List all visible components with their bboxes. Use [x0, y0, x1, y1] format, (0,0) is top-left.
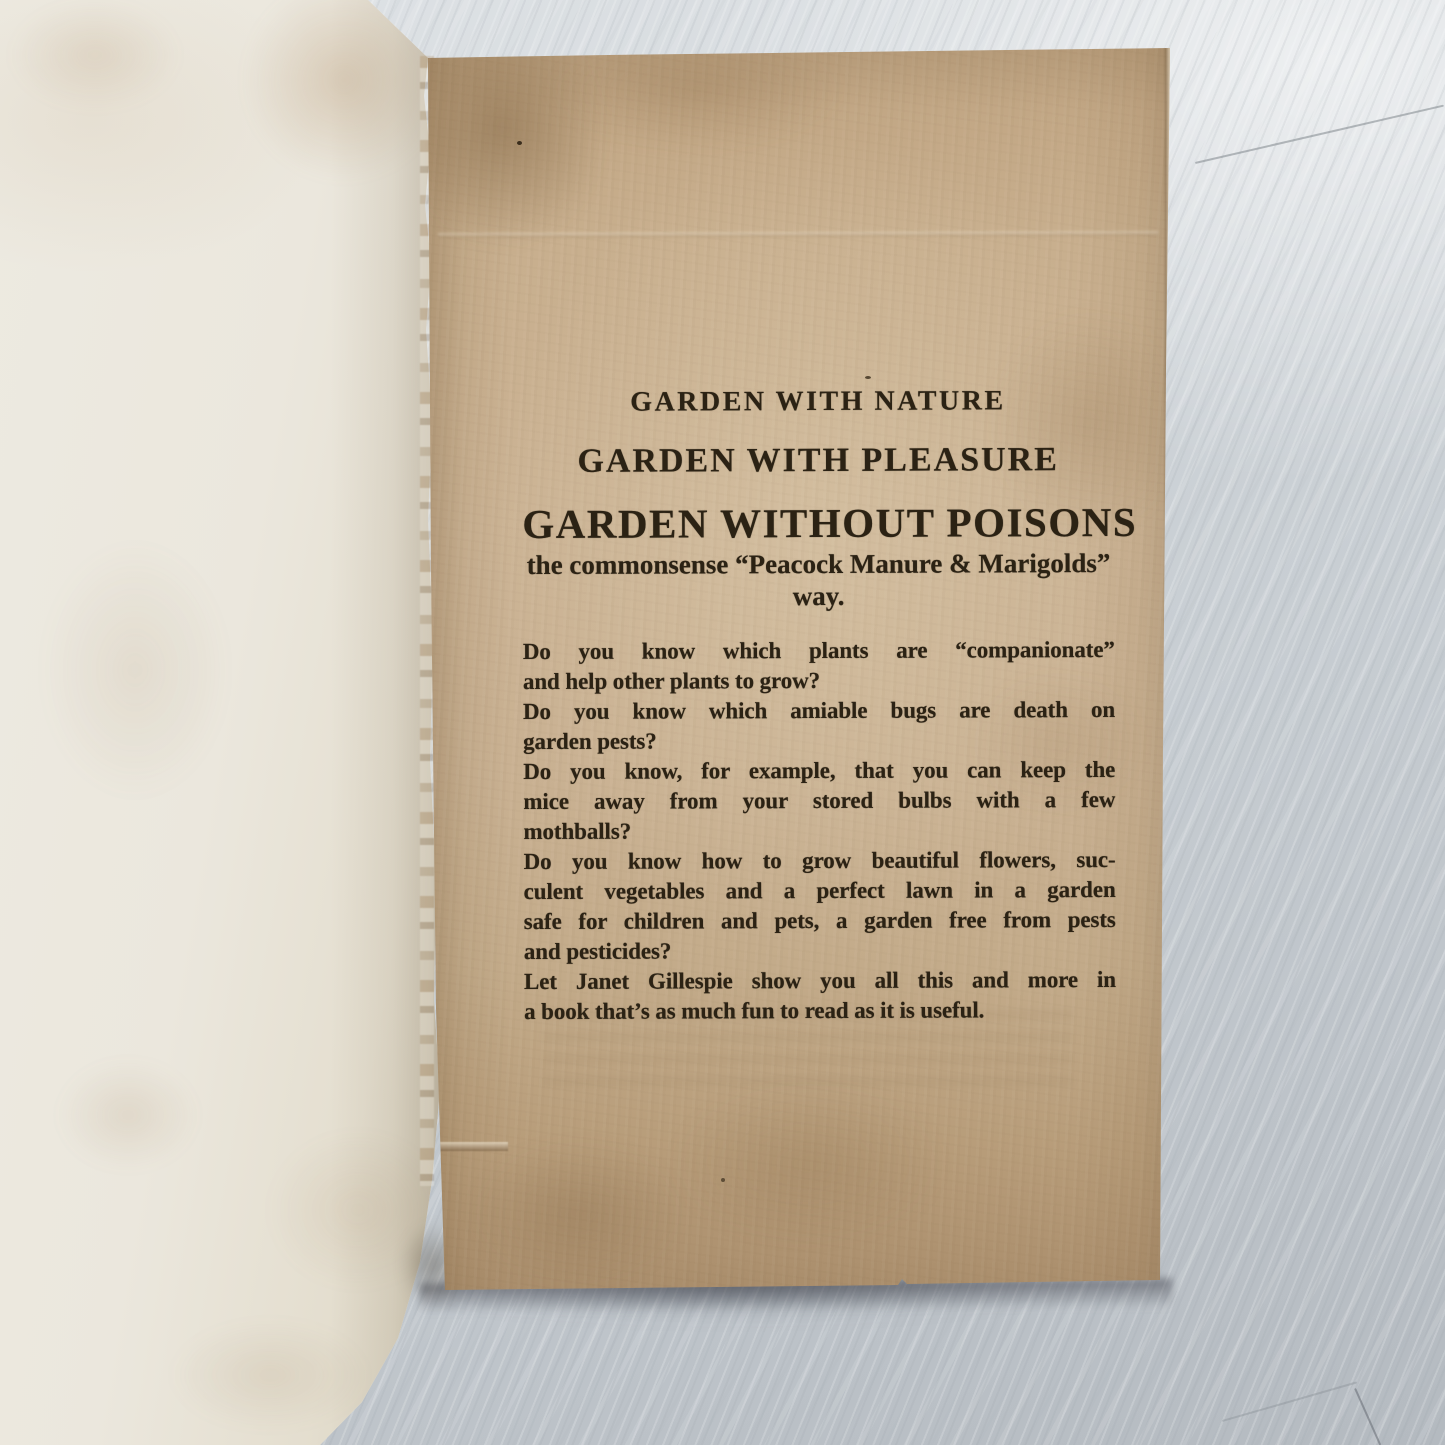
- text-line: and help other plants to grow?: [523, 665, 1115, 697]
- heading-garden-without-poisons: GARDEN WITHOUT POISONS: [522, 499, 1114, 547]
- subheading-line: way.: [523, 579, 1115, 613]
- text-line: Do you know how to grow beautiful flower…: [523, 845, 1115, 877]
- blurb-paragraph: Let Janet Gillespie show you all this an…: [524, 965, 1116, 1027]
- blurb-paragraph: Do you know how to grow beautiful flower…: [523, 845, 1115, 967]
- paper-stain: [668, 1078, 948, 1248]
- page-corner-crease: [434, 1142, 508, 1151]
- heading-garden-with-pleasure: GARDEN WITH PLEASURE: [522, 441, 1114, 481]
- blurb-paragraph: Do you know which plants are “companiona…: [523, 635, 1115, 697]
- paper-speck: [517, 141, 522, 145]
- paper-stain: [10, 0, 180, 110]
- text-line: Let Janet Gillespie show you all this an…: [524, 965, 1116, 997]
- text-line: a book that’s as much fun to read as it …: [524, 995, 1116, 1027]
- left-blank-page: [0, 0, 444, 1445]
- blurb-body: Do you know which plants are “companiona…: [523, 635, 1116, 1027]
- text-line: garden pests?: [523, 725, 1115, 757]
- paper-speck: [865, 376, 871, 379]
- text-line: mice away from your stored bulbs with a …: [523, 785, 1115, 817]
- book-blurb-page: GARDEN WITH NATURE GARDEN WITH PLEASURE …: [428, 48, 1170, 1290]
- blurb-paragraph: Do you know which amiable bugs are death…: [523, 695, 1115, 757]
- paper-stain: [58, 1060, 198, 1170]
- paper-stain: [468, 1138, 688, 1288]
- text-line: and pesticides?: [524, 935, 1116, 967]
- text-line: culent vegetables and a perfect lawn in …: [524, 875, 1116, 907]
- blurb-paragraph: Do you know, for example, that you can k…: [523, 755, 1115, 847]
- text-line: mothballs?: [523, 815, 1115, 847]
- paper-speck: [721, 1178, 725, 1182]
- subheading-line: the commonsense “Peacock Manure & Marigo…: [522, 547, 1114, 581]
- heading-garden-with-nature: GARDEN WITH NATURE: [522, 385, 1114, 419]
- book-photo-scene: GARDEN WITH NATURE GARDEN WITH PLEASURE …: [0, 0, 1445, 1445]
- text-line: Do you know, for example, that you can k…: [523, 755, 1115, 787]
- text-line: Do you know which amiable bugs are death…: [523, 695, 1115, 727]
- text-line: Do you know which plants are “companiona…: [523, 635, 1115, 667]
- paper-stain: [40, 540, 230, 800]
- printed-text-block: GARDEN WITH NATURE GARDEN WITH PLEASURE …: [522, 385, 1116, 1027]
- text-line: safe for children and pets, a garden fre…: [524, 905, 1116, 937]
